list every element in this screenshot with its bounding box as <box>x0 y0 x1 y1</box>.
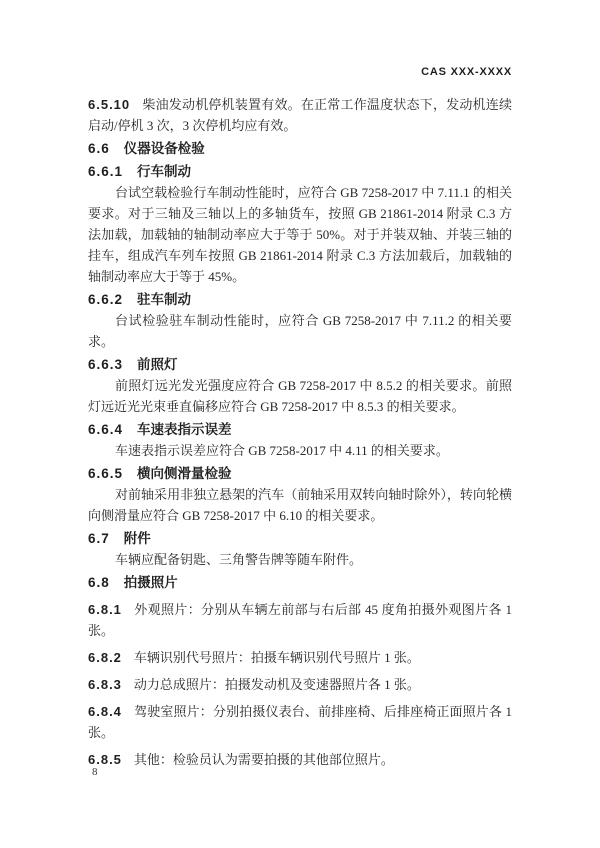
heading-title: 仪器设备检验 <box>124 141 205 156</box>
heading-number: 6.6.5 <box>88 466 123 481</box>
paragraph-6-6-4: 车速表指示误差应符合 GB 7258-2017 中 4.11 的相关要求。 <box>88 440 512 461</box>
document-code: CAS XXX-XXXX <box>421 66 512 78</box>
section-heading-6-6: 6.6仪器设备检验 <box>88 138 512 159</box>
clause-number: 6.8.3 <box>88 677 122 692</box>
heading-title: 前照灯 <box>137 357 178 372</box>
paragraph-6-6-1: 台试空载检验行车制动性能时，应符合 GB 7258-2017 中 7.11.1 … <box>88 182 512 287</box>
heading-number: 6.7 <box>88 531 110 546</box>
page-number: 8 <box>92 766 98 778</box>
heading-number: 6.6 <box>88 141 110 156</box>
heading-number: 6.6.2 <box>88 292 123 307</box>
clause-6-8-1: 6.8.1外观照片：分别从车辆左前部与右后部 45 度角拍摄外观图片各 1 张。 <box>88 599 512 641</box>
clause-number: 6.8.5 <box>88 752 122 767</box>
heading-title: 横向侧滑量检验 <box>137 466 232 481</box>
section-heading-6-8: 6.8拍摄照片 <box>88 572 512 593</box>
clause-text: 柴油发动机停机装置有效。在正常工作温度状态下，发动机连续启动/停机 3 次，3 … <box>88 97 512 133</box>
heading-number: 6.8 <box>88 575 110 590</box>
clause-text: 外观照片：分别从车辆左前部与右后部 45 度角拍摄外观图片各 1 张。 <box>88 602 512 638</box>
heading-number: 6.6.3 <box>88 357 123 372</box>
clause-text: 驾驶室照片：分别拍摄仪表台、前排座椅、后排座椅正面照片各 1 张。 <box>88 704 512 740</box>
clause-number: 6.8.2 <box>88 650 122 665</box>
heading-title: 行车制动 <box>137 164 191 179</box>
clause-6-8-5: 6.8.5其他：检验员认为需要拍摄的其他部位照片。 <box>88 749 512 770</box>
section-heading-6-7: 6.7附件 <box>88 528 512 549</box>
section-heading-6-6-3: 6.6.3前照灯 <box>88 354 512 375</box>
heading-title: 车速表指示误差 <box>137 422 232 437</box>
clause-6-8-3: 6.8.3动力总成照片：拍摄发动机及变速器照片各 1 张。 <box>88 674 512 695</box>
section-heading-6-6-4: 6.6.4车速表指示误差 <box>88 419 512 440</box>
paragraph-6-6-3: 前照灯远光发光强度应符合 GB 7258-2017 中 8.5.2 的相关要求。… <box>88 375 512 417</box>
paragraph-6-7: 车辆应配备钥匙、三角警告牌等随车附件。 <box>88 549 512 570</box>
heading-number: 6.6.4 <box>88 422 123 437</box>
clause-number: 6.8.1 <box>88 602 122 617</box>
clause-6-5-10: 6.5.10柴油发动机停机装置有效。在正常工作温度状态下，发动机连续启动/停机 … <box>88 94 512 136</box>
document-page: CAS XXX-XXXX 6.5.10柴油发动机停机装置有效。在正常工作温度状态… <box>0 0 600 848</box>
page-header: CAS XXX-XXXX <box>88 66 512 79</box>
heading-title: 附件 <box>124 531 151 546</box>
heading-title: 驻车制动 <box>137 292 191 307</box>
clause-6-8-2: 6.8.2车辆识别代号照片：拍摄车辆识别代号照片 1 张。 <box>88 647 512 668</box>
section-heading-6-6-5: 6.6.5横向侧滑量检验 <box>88 463 512 484</box>
clause-6-8-4: 6.8.4驾驶室照片：分别拍摄仪表台、前排座椅、后排座椅正面照片各 1 张。 <box>88 701 512 743</box>
clause-text: 车辆识别代号照片：拍摄车辆识别代号照片 1 张。 <box>134 650 420 665</box>
heading-number: 6.6.1 <box>88 164 123 179</box>
document-content: CAS XXX-XXXX 6.5.10柴油发动机停机装置有效。在正常工作温度状态… <box>88 66 512 770</box>
section-heading-6-6-2: 6.6.2驻车制动 <box>88 289 512 310</box>
section-heading-6-6-1: 6.6.1行车制动 <box>88 161 512 182</box>
clause-text: 动力总成照片：拍摄发动机及变速器照片各 1 张。 <box>134 677 420 692</box>
clause-number: 6.8.4 <box>88 704 122 719</box>
clause-number: 6.5.10 <box>88 97 130 112</box>
clause-text: 其他：检验员认为需要拍摄的其他部位照片。 <box>134 752 394 767</box>
paragraph-6-6-5: 对前轴采用非独立悬架的汽车（前轴采用双转向轴时除外），转向轮横向侧滑量应符合 G… <box>88 484 512 526</box>
paragraph-6-6-2: 台试检验驻车制动性能时，应符合 GB 7258-2017 中 7.11.2 的相… <box>88 310 512 352</box>
heading-title: 拍摄照片 <box>124 575 178 590</box>
